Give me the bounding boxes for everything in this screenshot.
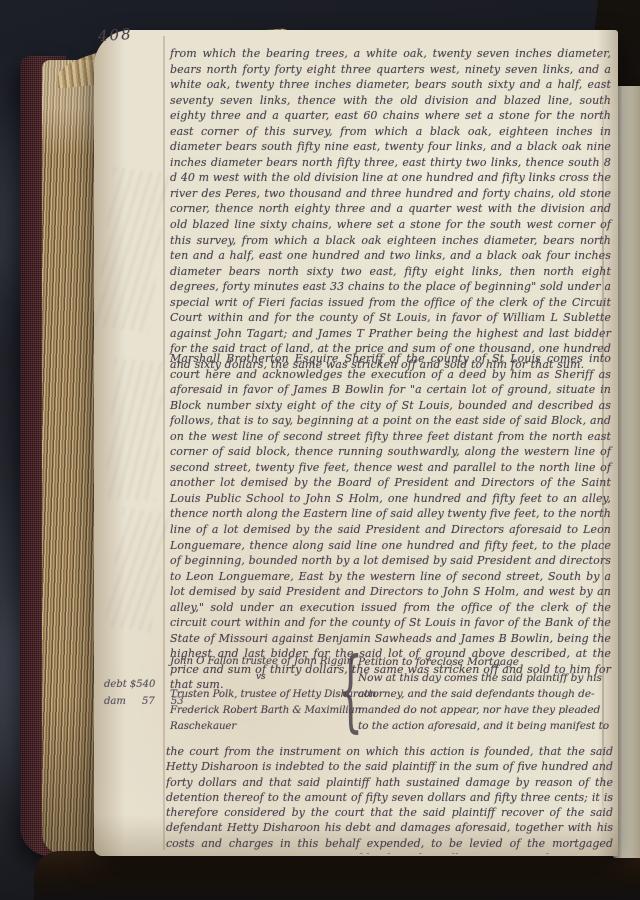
petition-title: Petition to foreclose Mortgage bbox=[358, 656, 519, 668]
defendant-line-3: Raschekauer bbox=[170, 721, 236, 732]
show-through-marks bbox=[105, 507, 169, 633]
annotation-line: to the action aforesaid, and it being ma… bbox=[358, 720, 609, 732]
margin-fold-line bbox=[163, 36, 165, 850]
page-number: 408 bbox=[97, 25, 133, 45]
versus-label: vs bbox=[256, 672, 266, 682]
defendant-line-2: Frederick Robert Barth & Maximilian bbox=[170, 705, 361, 716]
annotation-line: Now at this day comes the said plaintiff… bbox=[358, 672, 602, 684]
plaintiff-line: John O Fallon trustee of John Riggin bbox=[170, 656, 353, 667]
judgment-body: the court from the instrument on which t… bbox=[166, 744, 613, 854]
page-fore-edge bbox=[42, 60, 100, 854]
annotation-line: attorney, and the said defendants though… bbox=[358, 688, 595, 700]
annotation-line: manded do not appear, nor have they plea… bbox=[358, 704, 600, 716]
deed-record-paragraph-1: from which the bearing trees, a white oa… bbox=[170, 46, 611, 372]
book-bottom-cover bbox=[34, 851, 640, 900]
show-through-marks bbox=[105, 358, 165, 501]
ledger-photograph: 408 from which the bearing trees, a whit… bbox=[0, 0, 640, 900]
case-caption: John O Fallon trustee of John Riggin vs … bbox=[170, 656, 618, 742]
deed-record-paragraph-2: Marshall Brotherton Esquire Sheriff of t… bbox=[170, 351, 611, 693]
show-through-marks bbox=[94, 167, 168, 333]
